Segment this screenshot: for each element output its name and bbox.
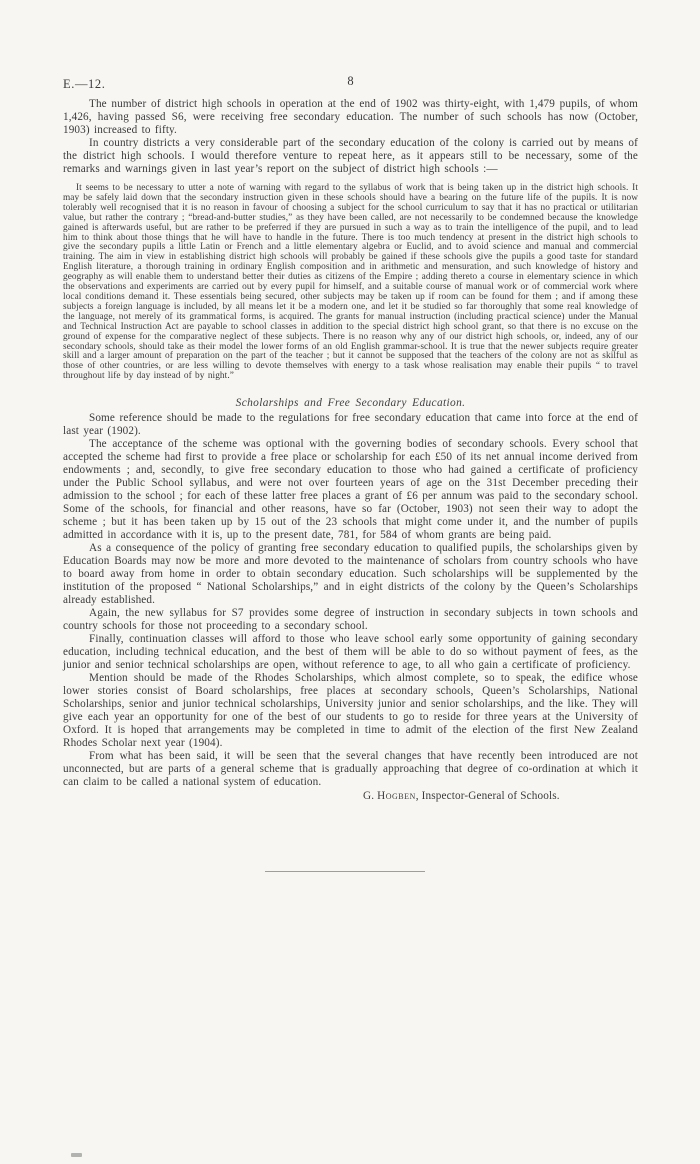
print-artifact	[71, 1153, 82, 1157]
page-header: E.—12. 8	[63, 76, 638, 92]
section-heading: Scholarships and Free Secondary Educatio…	[63, 396, 638, 410]
end-rule	[265, 871, 425, 872]
scanned-report-page: E.—12. 8 The number of district high sch…	[0, 0, 700, 1164]
signature-surname: Hogben	[377, 790, 416, 802]
intro-paragraph-1: The number of district high schools in o…	[63, 98, 638, 137]
page-number: 8	[63, 74, 638, 89]
block-quotation: It seems to be necessary to utter a note…	[63, 184, 638, 382]
signature-initial: G.	[363, 790, 377, 802]
section-paragraph-7: From what has been said, it will be seen…	[63, 750, 638, 789]
section-paragraph-6: Mention should be made of the Rhodes Sch…	[63, 672, 638, 750]
section-paragraph-2: The acceptance of the scheme was optiona…	[63, 438, 638, 542]
section-paragraph-4: Again, the new syllabus for S7 provides …	[63, 607, 638, 633]
report-body: The number of district high schools in o…	[63, 98, 638, 872]
section-paragraph-3: As a consequence of the policy of granti…	[63, 542, 638, 607]
signature-line: G. Hogben, Inspector-General of Schools.	[363, 789, 638, 803]
section-paragraph-5: Finally, continuation classes will affor…	[63, 633, 638, 672]
intro-paragraph-2: In country districts a very considerable…	[63, 137, 638, 176]
signature-title: , Inspector-General of Schools.	[416, 790, 560, 802]
section-paragraph-1: Some reference should be made to the reg…	[63, 412, 638, 438]
